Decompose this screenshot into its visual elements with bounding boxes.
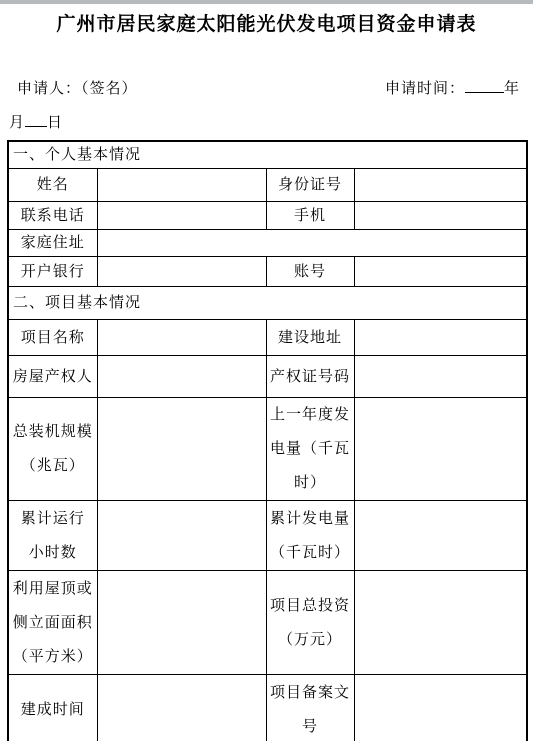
- cell-completion-date-value[interactable]: [97, 675, 266, 741]
- cell-name-value[interactable]: [97, 169, 266, 202]
- document-page: 广州市居民家庭太阳能光伏发电项目资金申请表 申请人：（签名） 申请时间：年 月日…: [0, 12, 533, 741]
- applicant-label: 申请人：（签名）: [17, 78, 138, 100]
- cell-contact-phone-label: 联系电话: [8, 202, 97, 230]
- cell-property-owner-value[interactable]: [97, 356, 266, 398]
- table-row: 建成时间 项目备案文 号: [8, 675, 527, 741]
- cell-operating-hours-value[interactable]: [97, 501, 266, 571]
- section2-title: 二、项目基本情况: [8, 287, 527, 320]
- apply-time-label: 申请时间：: [385, 80, 465, 97]
- year-suffix: 年: [504, 80, 520, 97]
- table-row: 项目名称 建设地址: [8, 320, 527, 356]
- cell-id-number-value[interactable]: [354, 169, 527, 202]
- table-row: 房屋产权人 产权证号码: [8, 356, 527, 398]
- cell-last-year-generation-label: 上一年度发 电量（千瓦 时）: [266, 398, 354, 501]
- cell-home-address-value[interactable]: [97, 230, 527, 257]
- apply-date-line: 月日: [7, 112, 526, 134]
- cell-filing-number-value[interactable]: [354, 675, 527, 741]
- cell-cumulative-generation-label: 累计发电量 （千瓦时）: [266, 501, 354, 571]
- cell-total-investment-label: 项目总投资 （万元）: [266, 571, 354, 675]
- section1-header-row: 一、个人基本情况: [8, 141, 527, 169]
- cell-contact-phone-value[interactable]: [97, 202, 266, 230]
- table-row: 家庭住址: [8, 230, 527, 257]
- cell-mobile-value[interactable]: [354, 202, 527, 230]
- cell-property-cert-number-label: 产权证号码: [266, 356, 354, 398]
- cell-roof-area-label: 利用屋顶或 侧立面面积 （平方米）: [8, 571, 97, 675]
- cell-last-year-generation-value[interactable]: [354, 398, 527, 501]
- day-label: 日: [47, 114, 63, 131]
- cell-operating-hours-label: 累计运行 小时数: [8, 501, 97, 571]
- cell-construction-address-label: 建设地址: [266, 320, 354, 356]
- window-top-edge: [0, 0, 533, 4]
- table-row: 累计运行 小时数 累计发电量 （千瓦时）: [8, 501, 527, 571]
- cell-total-investment-value[interactable]: [354, 571, 527, 675]
- cell-bank-value[interactable]: [97, 257, 266, 287]
- table-row: 联系电话 手机: [8, 202, 527, 230]
- table-row: 总装机规模 （兆瓦） 上一年度发 电量（千瓦 时）: [8, 398, 527, 501]
- month-label: 月: [9, 114, 25, 131]
- cell-bank-label: 开户银行: [8, 257, 97, 287]
- section2-header-row: 二、项目基本情况: [8, 287, 527, 320]
- cell-filing-number-label: 项目备案文 号: [266, 675, 354, 741]
- cell-cumulative-generation-value[interactable]: [354, 501, 527, 571]
- table-row: 利用屋顶或 侧立面面积 （平方米） 项目总投资 （万元）: [8, 571, 527, 675]
- application-form-table: 一、个人基本情况 姓名 身份证号 联系电话 手机 家庭住址 开户银行 账号 二、…: [7, 140, 528, 741]
- page-title: 广州市居民家庭太阳能光伏发电项目资金申请表: [7, 12, 526, 38]
- cell-home-address-label: 家庭住址: [8, 230, 97, 257]
- cell-account-number-label: 账号: [266, 257, 354, 287]
- apply-year-blank-field[interactable]: [465, 79, 504, 93]
- section1-title: 一、个人基本情况: [8, 141, 527, 169]
- cell-construction-address-value[interactable]: [354, 320, 527, 356]
- cell-project-name-label: 项目名称: [8, 320, 97, 356]
- cell-installed-capacity-value[interactable]: [97, 398, 266, 501]
- cell-property-owner-label: 房屋产权人: [8, 356, 97, 398]
- cell-installed-capacity-label: 总装机规模 （兆瓦）: [8, 398, 97, 501]
- cell-account-number-value[interactable]: [354, 257, 527, 287]
- apply-day-blank-field[interactable]: [25, 113, 47, 127]
- cell-roof-area-value[interactable]: [97, 571, 266, 675]
- applicant-signature-line: 申请人：（签名） 申请时间：年: [7, 78, 526, 100]
- cell-name-label: 姓名: [8, 169, 97, 202]
- cell-mobile-label: 手机: [266, 202, 354, 230]
- cell-completion-date-label: 建成时间: [8, 675, 97, 741]
- cell-project-name-value[interactable]: [97, 320, 266, 356]
- apply-time-group: 申请时间：年: [385, 78, 526, 100]
- cell-property-cert-number-value[interactable]: [354, 356, 527, 398]
- cell-id-number-label: 身份证号: [266, 169, 354, 202]
- table-row: 开户银行 账号: [8, 257, 527, 287]
- table-row: 姓名 身份证号: [8, 169, 527, 202]
